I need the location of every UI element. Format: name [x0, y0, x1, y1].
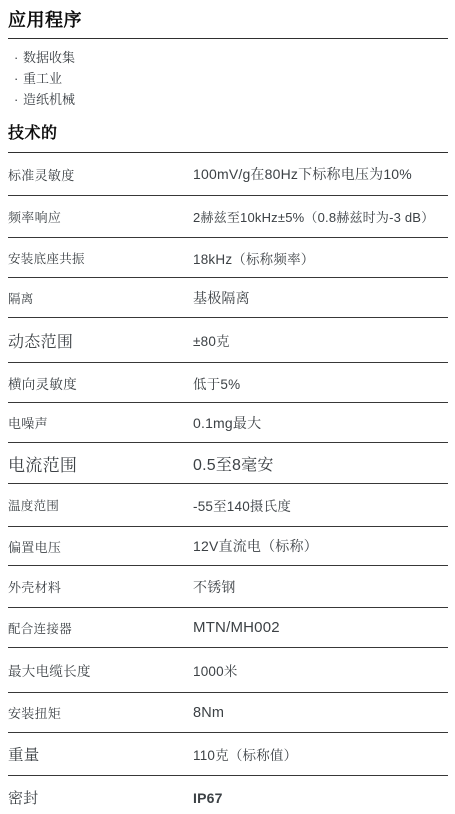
- spec-value: 2赫兹至10kHz±5%（0.8赫兹时为-3 dB）: [193, 207, 448, 226]
- spec-label: 电流范围: [8, 451, 193, 476]
- table-row-current-range: 电流范围 0.5至8毫安: [8, 443, 448, 484]
- list-item: ·数据收集: [14, 47, 448, 68]
- spec-value: -55至140摄氏度: [193, 495, 448, 515]
- table-row-isolation: 隔离 基极隔离: [8, 278, 448, 318]
- table-row-mounting-torque: 安装扭矩 8Nm: [8, 693, 448, 733]
- spec-value: 18kHz（标称频率）: [193, 248, 448, 268]
- applications-list: ·数据收集 ·重工业 ·造纸机械: [8, 47, 448, 110]
- spec-label: 外壳材料: [8, 577, 193, 596]
- table-row-max-cable-length: 最大电缆长度 1000米: [8, 648, 448, 693]
- list-item-label: 数据收集: [23, 50, 75, 65]
- table-row-standard-sensitivity: 标准灵敏度 100mV/g在80Hz下标称电压为10%: [8, 153, 448, 196]
- table-row-bias-voltage: 偏置电压 12V直流电（标称）: [8, 527, 448, 566]
- spec-value: 低于5%: [193, 373, 448, 393]
- list-item-label: 造纸机械: [23, 92, 75, 107]
- spec-value: MTN/MH002: [193, 619, 448, 636]
- spec-label: 电噪声: [8, 413, 193, 432]
- technical-title: 技术的: [8, 124, 448, 153]
- table-row-sealing: 密封 IP67: [8, 776, 448, 814]
- spec-value: IP67: [193, 790, 448, 806]
- spec-value: 0.1mg最大: [193, 413, 448, 433]
- list-item-label: 重工业: [23, 71, 62, 86]
- list-item: ·造纸机械: [14, 89, 448, 110]
- table-row-temperature-range: 温度范围 -55至140摄氏度: [8, 484, 448, 527]
- spec-label: 隔离: [8, 289, 193, 307]
- spec-value: 110克（标称值）: [193, 744, 448, 764]
- spec-value: 100mV/g在80Hz下标称电压为10%: [193, 164, 448, 184]
- spec-page: 应用程序 ·数据收集 ·重工业 ·造纸机械 技术的 标准灵敏度 100mV/g在…: [0, 0, 455, 814]
- spec-label: 安装扭矩: [8, 703, 193, 722]
- table-row-mating-connector: 配合连接器 MTN/MH002: [8, 608, 448, 648]
- spec-label: 密封: [8, 787, 193, 808]
- list-item: ·重工业: [14, 68, 448, 89]
- table-row-frequency-response: 频率响应 2赫兹至10kHz±5%（0.8赫兹时为-3 dB）: [8, 196, 448, 238]
- table-row-transverse-sensitivity: 横向灵敏度 低于5%: [8, 363, 448, 403]
- table-row-mounted-base-resonance: 安装底座共振 18kHz（标称频率）: [8, 238, 448, 278]
- table-row-weight: 重量 110克（标称值）: [8, 733, 448, 776]
- bullet-dot: ·: [14, 68, 23, 89]
- spec-label: 重量: [8, 743, 193, 765]
- spec-label: 标准灵敏度: [8, 165, 193, 184]
- spec-label: 配合连接器: [8, 619, 193, 637]
- table-row-electrical-noise: 电噪声 0.1mg最大: [8, 403, 448, 443]
- bullet-dot: ·: [14, 47, 23, 68]
- spec-value: 8Nm: [193, 705, 448, 721]
- table-row-case-material: 外壳材料 不锈钢: [8, 566, 448, 608]
- spec-value: 12V直流电（标称）: [193, 536, 448, 556]
- spec-table: 标准灵敏度 100mV/g在80Hz下标称电压为10% 频率响应 2赫兹至10k…: [8, 153, 448, 814]
- spec-label: 频率响应: [8, 207, 193, 226]
- bullet-dot: ·: [14, 89, 23, 110]
- spec-value: ±80克: [193, 330, 448, 350]
- spec-value: 基极隔离: [193, 288, 448, 308]
- spec-label: 偏置电压: [8, 537, 193, 556]
- spec-value: 1000米: [193, 660, 448, 680]
- table-row-dynamic-range: 动态范围 ±80克: [8, 318, 448, 363]
- spec-value: 0.5至8毫安: [193, 452, 448, 475]
- applications-title: 应用程序: [8, 8, 448, 39]
- spec-label: 安装底座共振: [8, 249, 193, 267]
- spec-value: 不锈钢: [193, 577, 448, 597]
- spec-label: 横向灵敏度: [8, 373, 193, 393]
- spec-label: 最大电缆长度: [8, 660, 193, 680]
- spec-label: 温度范围: [8, 496, 193, 514]
- spec-label: 动态范围: [8, 329, 193, 352]
